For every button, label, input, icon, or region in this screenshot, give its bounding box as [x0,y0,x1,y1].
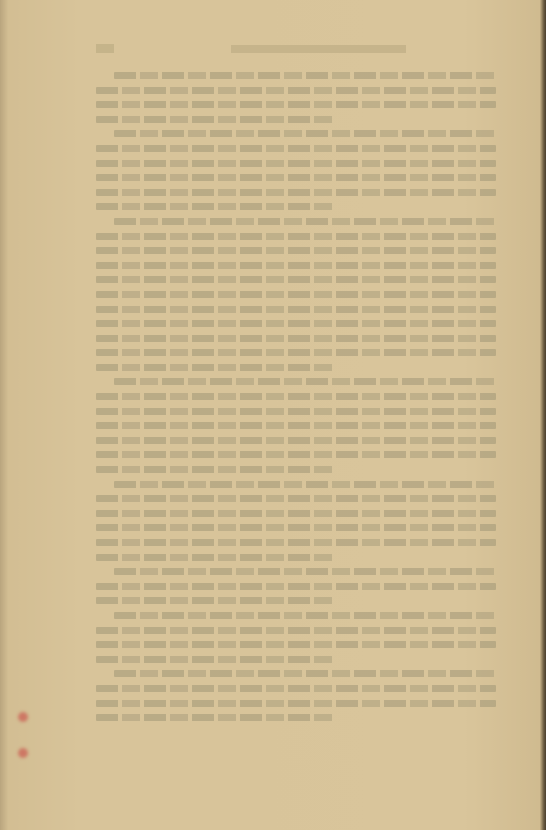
text-line [114,481,496,488]
text-line [96,116,336,123]
text-line [114,72,496,79]
text-line [96,495,496,502]
text-line [96,422,496,429]
text-line [96,583,496,590]
text-line [114,378,496,385]
text-line [96,276,496,283]
page: [illegible] [illegible] [illegible][ille… [0,0,546,830]
text-line [96,539,496,546]
text-line [96,189,496,196]
text-line [114,218,496,225]
text-line [96,320,496,327]
text-line [114,612,496,619]
text-line [96,87,496,94]
page-header: [illegible] [illegible] [96,44,496,58]
page-number: [illegible] [96,44,114,53]
text-line [96,641,496,648]
text-line [96,451,496,458]
text-line [96,393,496,400]
text-line [96,685,496,692]
text-line [96,349,496,356]
text-line [96,160,496,167]
text-line [96,364,336,371]
text-line [96,627,496,634]
text-line [96,174,496,181]
text-line [96,203,336,210]
paragraph: [illegible] [96,612,496,663]
paragraph: [illegible] [96,568,496,604]
paragraph: [illegible] [96,218,496,371]
text-line [96,101,496,108]
paragraph: [illegible] [96,670,496,721]
text-line [96,408,496,415]
text-line [96,466,336,473]
text-line [114,568,496,575]
text-line [96,554,336,561]
body-text: [illegible][illegible][illegible][illegi… [96,72,496,729]
text-line [96,145,496,152]
margin-stain [18,748,28,758]
paragraph: [illegible] [96,378,496,473]
text-line [96,597,336,604]
text-line [96,306,496,313]
text-line [96,262,496,269]
text-line [114,130,496,137]
text-line [96,656,336,663]
text-line [96,233,496,240]
text-line [96,291,496,298]
running-head: [illegible] [231,45,406,53]
paragraph: [illegible] [96,72,496,123]
margin-stain [18,712,28,722]
text-line [96,247,496,254]
text-line [96,700,496,707]
text-line [96,335,496,342]
text-line [96,714,336,721]
page-left-edge [0,0,8,830]
text-line [114,670,496,677]
text-line [96,510,496,517]
text-line [96,524,496,531]
paragraph: [illegible] [96,481,496,561]
paragraph: [illegible] [96,130,496,210]
binding-edge [540,0,546,830]
text-line [96,437,496,444]
